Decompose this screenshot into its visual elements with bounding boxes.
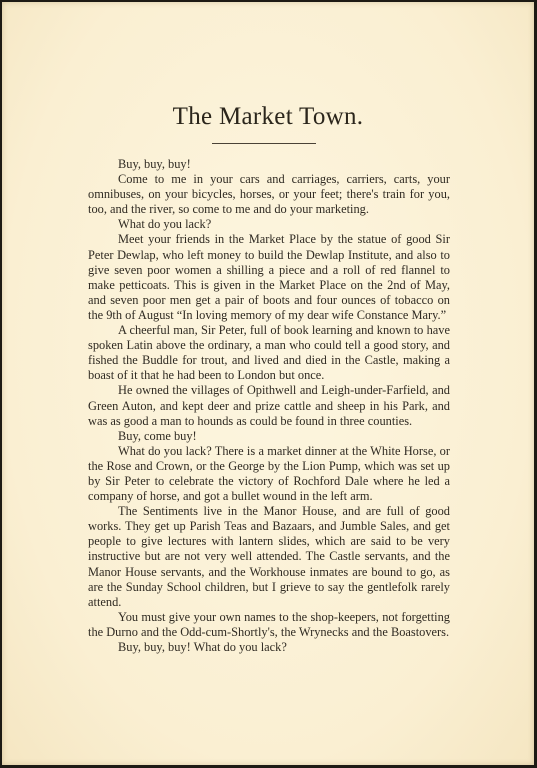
paragraph: Buy, come buy! xyxy=(88,429,450,444)
paragraph: What do you lack? xyxy=(88,217,450,232)
paragraph: Come to me in your cars and carriages, c… xyxy=(88,172,450,217)
body-text: Buy, buy, buy! Come to me in your cars a… xyxy=(88,157,450,655)
paragraph: Buy, buy, buy! What do you lack? xyxy=(88,640,450,655)
page-title: The Market Town. xyxy=(2,103,534,131)
paragraph: The Sentiments live in the Manor House, … xyxy=(88,504,450,610)
paragraph: You must give your own names to the shop… xyxy=(88,610,450,640)
paragraph: Buy, buy, buy! xyxy=(88,157,450,172)
title-divider xyxy=(212,143,316,144)
paragraph: What do you lack? There is a market dinn… xyxy=(88,444,450,504)
paragraph: A cheerful man, Sir Peter, full of book … xyxy=(88,323,450,383)
document-page: The Market Town. Buy, buy, buy! Come to … xyxy=(2,2,534,765)
paragraph: He owned the villages of Opithwell and L… xyxy=(88,383,450,428)
paragraph: Meet your friends in the Market Place by… xyxy=(88,232,450,323)
